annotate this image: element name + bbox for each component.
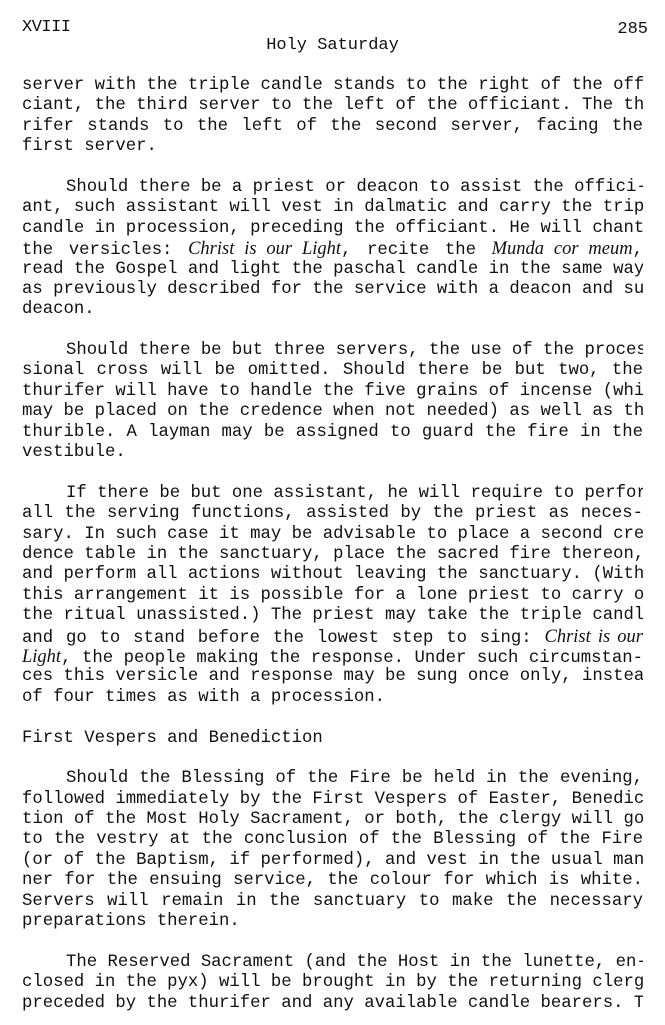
paragraph: If there be but one assistant, he will r…	[22, 484, 643, 708]
text-line: candle in procession, preceding the offi…	[22, 219, 643, 239]
text-line: all the serving functions, assisted by t…	[22, 504, 643, 524]
text-line: server with the triple candle stands to …	[22, 76, 643, 96]
text-line: this arrangement it is possible for a lo…	[22, 586, 643, 606]
italic-text: Munda cor meum	[492, 239, 633, 259]
paragraph-gap	[22, 932, 643, 952]
italic-text: Christ is our	[545, 627, 644, 647]
text-line: and go to stand before the lowest step t…	[22, 627, 643, 647]
running-head: Holy Saturday	[0, 36, 665, 55]
italic-text: Christ is our Light	[188, 239, 341, 259]
text-line: ciant, the third server to the left of t…	[22, 96, 643, 116]
text-line: sary. In such case it may be advisable t…	[22, 525, 643, 545]
italic-text: Light	[22, 647, 61, 667]
text-line: dence table in the sanctuary, place the …	[22, 545, 643, 565]
text-line: followed immediately by the First Vesper…	[22, 790, 643, 810]
text-line: as previously described for the service …	[22, 280, 643, 300]
text-line: Light, the people making the response. U…	[22, 647, 643, 667]
text-line: sional cross will be omitted. Should the…	[22, 361, 643, 381]
text-line: ner for the ensuing service, the colour …	[22, 871, 643, 891]
text-line: If there be but one assistant, he will r…	[22, 484, 643, 504]
text-line: ant, such assistant will vest in dalmati…	[22, 198, 643, 218]
paragraph-gap	[22, 708, 643, 728]
chapter-number: XVIII	[22, 18, 71, 37]
paragraph: Should there be a priest or deacon to as…	[22, 178, 643, 321]
text-line: closed in the pyx) will be brought in by…	[22, 973, 643, 993]
page-body: server with the triple candle stands to …	[22, 76, 643, 1014]
text-line: ces this versicle and response may be su…	[22, 667, 643, 687]
paragraph: The Reserved Sacrament (and the Host in …	[22, 953, 643, 1014]
text-line: preparations therein.	[22, 912, 643, 932]
text-line: read the Gospel and light the paschal ca…	[22, 260, 643, 280]
paragraph: Should the Blessing of the Fire be held …	[22, 769, 643, 932]
paragraph-gap	[22, 749, 643, 769]
text-line: may be placed on the credence when not n…	[22, 402, 643, 422]
text-line: (or of the Baptism, if performed), and v…	[22, 851, 643, 871]
text-line: and perform all actions without leaving …	[22, 565, 643, 585]
text-line: of four times as with a procession.	[22, 688, 643, 708]
text-line: thurifer will have to handle the five gr…	[22, 382, 643, 402]
text-line: thurible. A layman may be assigned to gu…	[22, 423, 643, 443]
text-line: Should the Blessing of the Fire be held …	[22, 769, 643, 789]
text-line: Should there be a priest or deacon to as…	[22, 178, 643, 198]
text-line: vestibule.	[22, 443, 643, 463]
text-line: the ritual unassisted.) The priest may t…	[22, 606, 643, 626]
text-line: first server.	[22, 137, 643, 157]
text-line: deacon.	[22, 300, 643, 320]
text-line: The Reserved Sacrament (and the Host in …	[22, 953, 643, 973]
paragraph: Should there be but three servers, the u…	[22, 341, 643, 463]
paragraph-gap	[22, 321, 643, 341]
paragraph: server with the triple candle stands to …	[22, 76, 643, 158]
text-line: Should there be but three servers, the u…	[22, 341, 643, 361]
text-line: tion of the Most Holy Sacrament, or both…	[22, 810, 643, 830]
text-line: preceded by the thurifer and any availab…	[22, 994, 643, 1014]
paragraph-gap	[22, 158, 643, 178]
text-line: to the vestry at the conclusion of the B…	[22, 830, 643, 850]
text-line: Servers will remain in the sanctuary to …	[22, 892, 643, 912]
text-line: the versicles: Christ is our Light, reci…	[22, 239, 643, 259]
text-line: rifer stands to the left of the second s…	[22, 117, 643, 137]
paragraph-gap	[22, 463, 643, 483]
section-heading: First Vespers and Benediction	[22, 729, 643, 749]
